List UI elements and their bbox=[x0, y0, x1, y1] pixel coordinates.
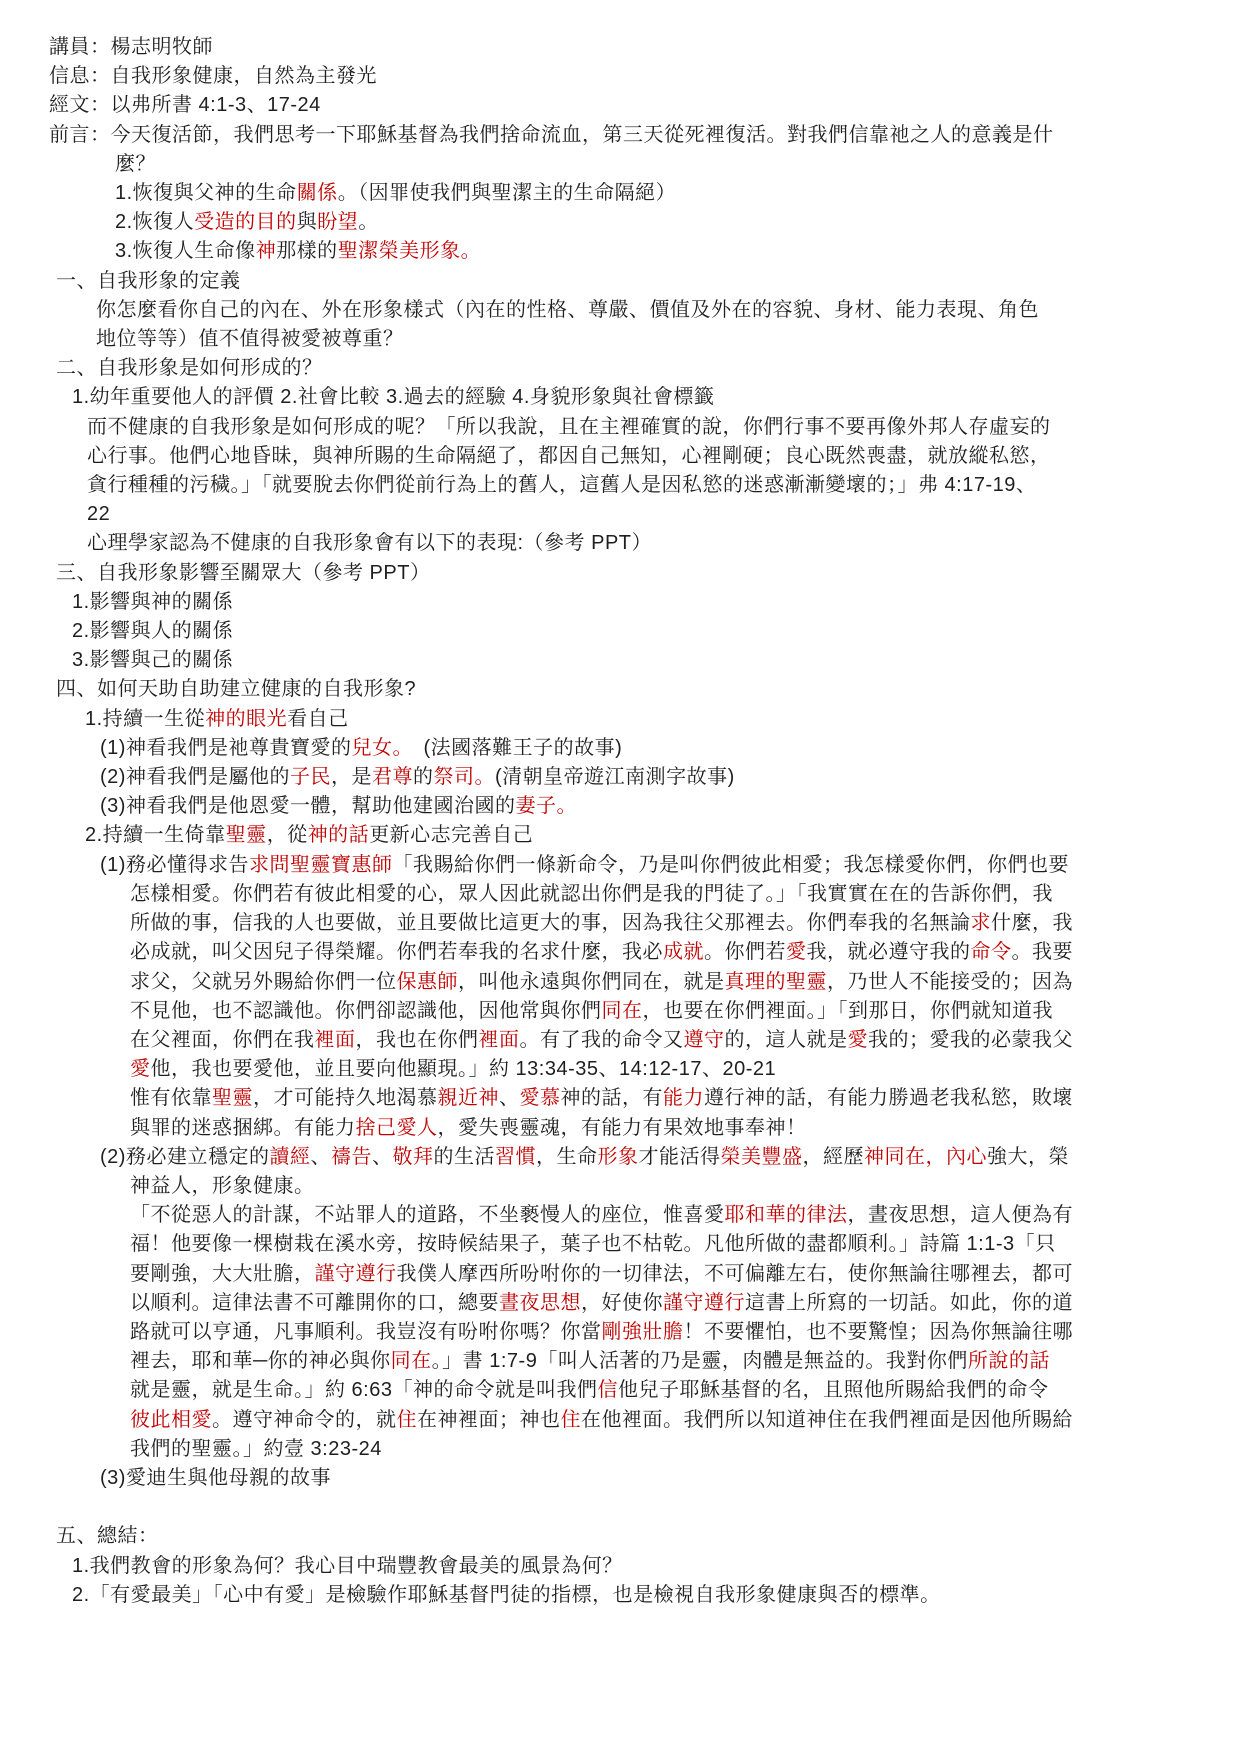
text-run: 他兒子耶穌基督的名，且照他所賜給我們的命令 bbox=[618, 1379, 1049, 1401]
text-line: 講員：楊志明牧師 bbox=[0, 33, 1241, 62]
text-run: 我，就必遵守我的 bbox=[807, 941, 971, 963]
text-line: 以順利。這律法書不可離開你的口，總要晝夜思想，好使你謹守遵行這書上所寫的一切話。… bbox=[0, 1289, 1241, 1318]
text-line: 心行事。他們心地昏昧，與神所賜的生命隔絕了，都因自己無知，心裡剛硬；良心既然喪盡… bbox=[0, 442, 1241, 471]
text-run: 3.恢復人生命像 bbox=[115, 240, 256, 262]
text-run: 我們的聖靈。」約壹 3:23-24 bbox=[130, 1438, 382, 1460]
text-run: 求父，父就另外賜給你們一位 bbox=[130, 971, 397, 993]
text-run: 1.我們教會的形象為何？我心目中瑞豐教會最美的風景為何？ bbox=[72, 1555, 623, 1577]
document-page: { "page": { "background": "#ffffff", "te… bbox=[0, 0, 1241, 1755]
text-run: ，也要在你們裡面。」「到那日，你們就知道我 bbox=[643, 1000, 1054, 1022]
text-run: 貪行種種的污穢。」「就要脫去你們從前行為上的舊人，這舊人是因私慾的迷惑漸漸變壞的… bbox=[87, 474, 1036, 496]
text-run: 五、總結： bbox=[56, 1525, 159, 1547]
text-line: 必成就，叫父因兒子得榮耀。你們若奉我的名求什麼，我必成就。你們若愛我，就必遵守我… bbox=[0, 938, 1241, 967]
text-line: 二、自我形象是如何形成的？ bbox=[0, 354, 1241, 383]
emphasis-text-run: 保惠師 bbox=[397, 971, 459, 993]
emphasis-text-run: 聖靈 bbox=[212, 1087, 253, 1109]
text-run: 地位等等）值不值得被愛被尊重？ bbox=[96, 328, 404, 350]
text-line: 福！他要像一棵樹栽在溪水旁，按時候結果子，葉子也不枯乾。凡他所做的盡都順利。」詩… bbox=[0, 1230, 1241, 1259]
text-run: (3)愛迪生與他母親的故事 bbox=[100, 1467, 331, 1489]
text-line: 2.持續一生倚靠聖靈，從神的話更新心志完善自己 bbox=[0, 821, 1241, 850]
emphasis-text-run: 愛 bbox=[848, 1029, 869, 1051]
emphasis-text-run: 信 bbox=[597, 1379, 618, 1401]
text-line: 貪行種種的污穢。」「就要脫去你們從前行為上的舊人，這舊人是因私慾的迷惑漸漸變壞的… bbox=[0, 471, 1241, 500]
text-run: 這書上所寫的一切話。如此，你的道 bbox=[745, 1292, 1073, 1314]
text-run: 裡去，耶和華─你的神必與你 bbox=[130, 1350, 391, 1372]
text-run: 。我要 bbox=[1012, 941, 1074, 963]
blank-line bbox=[0, 1493, 1241, 1522]
text-line: 彼此相愛。遵守神命令的，就住在神裡面；神也住在他裡面。我們所以知道神住在我們裡面… bbox=[0, 1406, 1241, 1435]
emphasis-text-run: 成就 bbox=[663, 941, 704, 963]
text-line: (3)神看我們是他恩愛一體，幫助他建國治國的妻子。 bbox=[0, 792, 1241, 821]
text-run: 的 bbox=[413, 766, 434, 788]
emphasis-text-run: 聖潔榮美形象。 bbox=[338, 240, 482, 262]
text-line: 1.影響與神的關係 bbox=[0, 588, 1241, 617]
text-line: 裡去，耶和華─你的神必與你同在。」書 1:7-9「叫人活著的乃是靈，肉體是無益的… bbox=[0, 1347, 1241, 1376]
emphasis-text-run: 住 bbox=[397, 1409, 418, 1431]
emphasis-text-run: 真理的聖靈 bbox=[725, 971, 828, 993]
emphasis-text-run: 求問聖靈寶惠師 bbox=[249, 854, 393, 876]
text-run: 我僕人摩西所吩咐你的一切律法，不可偏離左右，使你無論往哪裡去，都可 bbox=[397, 1263, 1074, 1285]
text-run: 心行事。他們心地昏昧，與神所賜的生命隔絕了，都因自己無知，心裡剛硬；良心既然喪盡… bbox=[87, 445, 1051, 467]
text-run: 與罪的迷惑捆綁。有能力 bbox=[130, 1117, 356, 1139]
text-run: 福！他要像一棵樹栽在溪水旁，按時候結果子，葉子也不枯乾。凡他所做的盡都順利。」詩… bbox=[130, 1233, 1056, 1255]
text-run: ，乃世人不能接受的；因為 bbox=[827, 971, 1073, 993]
emphasis-text-run: 敬拜 bbox=[392, 1146, 433, 1168]
text-line: 22 bbox=[0, 500, 1241, 529]
text-line: 三、自我形象影響至關眾大（參考 PPT） bbox=[0, 559, 1241, 588]
text-run: 那樣的 bbox=[276, 240, 338, 262]
text-run: 2.「有愛最美」「心中有愛」是檢驗作耶穌基督門徒的指標，也是檢視自我形象健康與否… bbox=[72, 1584, 941, 1606]
emphasis-text-run: 裡面 bbox=[479, 1029, 520, 1051]
text-run: 3.影響與己的關係 bbox=[72, 649, 233, 671]
text-line: 在父裡面，你們在我裡面，我也在你們裡面。有了我的命令又遵守的，這人就是愛我的；愛… bbox=[0, 1026, 1241, 1055]
text-run: 「我賜給你們一條新命令，乃是叫你們彼此相愛；我怎樣愛你們，你們也要 bbox=[392, 854, 1069, 876]
emphasis-text-run: 習慣 bbox=[495, 1146, 536, 1168]
text-run: 2.恢復人 bbox=[115, 211, 194, 233]
text-line: 你怎麼看你自己的內在、外在形象樣式（內在的性格、尊嚴、價值及外在的容貌、身材、能… bbox=[0, 296, 1241, 325]
emphasis-text-run: 愛 bbox=[130, 1058, 151, 1080]
text-run: 必成就，叫父因兒子得榮耀。你們若奉我的名求什麼，我必 bbox=[130, 941, 663, 963]
text-run: 1.幼年重要他人的評價 2.社會比較 3.過去的經驗 4.身貌形象與社會標籤 bbox=[72, 386, 714, 408]
text-line: 地位等等）值不值得被愛被尊重？ bbox=[0, 325, 1241, 354]
text-line: 3.恢復人生命像神那樣的聖潔榮美形象。 bbox=[0, 237, 1241, 266]
text-run: 心理學家認為不健康的自我形象會有以下的表現:（參考 PPT） bbox=[87, 532, 652, 554]
text-run: 與 bbox=[297, 211, 318, 233]
emphasis-text-run: 關係 bbox=[297, 182, 338, 204]
text-run: 你怎麼看你自己的內在、外在形象樣式（內在的性格、尊嚴、價值及外在的容貌、身材、能… bbox=[96, 299, 1039, 321]
text-run: 他，我也要愛他，並且要向他顯現。」約 13:34-35、14:12-17、20-… bbox=[151, 1058, 777, 1080]
text-line: 求父，父就另外賜給你們一位保惠師，叫他永遠與你們同在，就是真理的聖靈，乃世人不能… bbox=[0, 968, 1241, 997]
text-run: (2)務必建立穩定的 bbox=[100, 1146, 269, 1168]
text-run: 1.持續一生從 bbox=[85, 708, 205, 730]
text-run: 更新心志完善自己 bbox=[369, 824, 533, 846]
emphasis-text-run: 子民 bbox=[290, 766, 331, 788]
text-run: 什麼，我 bbox=[991, 912, 1073, 934]
emphasis-text-run: 榮美豐盛 bbox=[720, 1146, 802, 1168]
text-run: (清朝皇帝遊江南測字故事) bbox=[495, 766, 735, 788]
text-run: 前言：今天復活節，我們思考一下耶穌基督為我們捨命流血，第三天從死裡復活。對我們信… bbox=[49, 124, 1054, 146]
text-run: 。」書 1:7-9「叫人活著的乃是靈，肉體是無益的。我對你們 bbox=[432, 1350, 968, 1372]
emphasis-text-run: 形象 bbox=[597, 1146, 638, 1168]
text-run: 。 bbox=[358, 211, 379, 233]
text-line: 不見他，也不認識他。你們卻認識他，因他常與你們同在，也要在你們裡面。」「到那日，… bbox=[0, 997, 1241, 1026]
text-run: ，生命 bbox=[536, 1146, 598, 1168]
emphasis-text-run: 愛 bbox=[786, 941, 807, 963]
text-run: 路就可以亨通，凡事順利。我豈沒有吩咐你嗎？你當 bbox=[130, 1321, 602, 1343]
emphasis-text-run: 同在 bbox=[602, 1000, 643, 1022]
text-run: 就是靈，就是生命。」約 6:63「神的命令就是叫我們 bbox=[130, 1379, 597, 1401]
text-run: 。有了我的命令又 bbox=[520, 1029, 684, 1051]
text-run: 二、自我形象是如何形成的？ bbox=[56, 357, 323, 379]
text-line: 所做的事，信我的人也要做，並且要做比這更大的事，因為我往父那裡去。你們奉我的名無… bbox=[0, 909, 1241, 938]
text-run: 看自己 bbox=[287, 708, 349, 730]
text-line: 與罪的迷惑捆綁。有能力捨己愛人，愛失喪靈魂，有能力有果效地事奉神！ bbox=[0, 1114, 1241, 1143]
text-run: 2.持續一生倚靠 bbox=[85, 824, 226, 846]
text-run: 。你們若 bbox=[704, 941, 786, 963]
text-run: ，叫他永遠與你們同在，就是 bbox=[458, 971, 725, 993]
text-line: 我們的聖靈。」約壹 3:23-24 bbox=[0, 1435, 1241, 1464]
text-run: ！不要懼怕，也不要驚惶；因為你無論往哪 bbox=[684, 1321, 1074, 1343]
emphasis-text-run: 禱告 bbox=[331, 1146, 372, 1168]
text-run: 而不健康的自我形象是如何形成的呢？「所以我說，且在主裡確實的說，你們行事不要再像… bbox=[87, 416, 1051, 438]
text-run: (1)神看我們是祂尊貴寶愛的 bbox=[100, 737, 351, 759]
text-line: 2.「有愛最美」「心中有愛」是檢驗作耶穌基督門徒的指標，也是檢視自我形象健康與否… bbox=[0, 1581, 1241, 1610]
text-run: 2.影響與人的關係 bbox=[72, 620, 233, 642]
text-line: 路就可以亨通，凡事順利。我豈沒有吩咐你嗎？你當剛強壯膽！不要懼怕，也不要驚惶；因… bbox=[0, 1318, 1241, 1347]
emphasis-text-run: 裡面 bbox=[315, 1029, 356, 1051]
text-run: 神益人，形象健康。 bbox=[130, 1175, 315, 1197]
text-line: 1.我們教會的形象為何？我心目中瑞豐教會最美的風景為何？ bbox=[0, 1552, 1241, 1581]
text-line: (3)愛迪生與他母親的故事 bbox=[0, 1464, 1241, 1493]
text-line: 2.影響與人的關係 bbox=[0, 617, 1241, 646]
emphasis-text-run: 剛強壯膽 bbox=[602, 1321, 684, 1343]
text-line: 前言：今天復活節，我們思考一下耶穌基督為我們捨命流血，第三天從死裡復活。對我們信… bbox=[0, 121, 1241, 150]
text-run: 經文：以弗所書 4:1-3、17-24 bbox=[49, 94, 321, 116]
emphasis-text-run: 祭司。 bbox=[433, 766, 495, 788]
text-line: 惟有依靠聖靈，才可能持久地渴慕親近神、愛慕神的話，有能力遵行神的話，有能力勝過老… bbox=[0, 1084, 1241, 1113]
emphasis-text-run: 捨己愛人 bbox=[356, 1117, 438, 1139]
text-run: 一、自我形象的定義 bbox=[56, 270, 241, 292]
text-line: 心理學家認為不健康的自我形象會有以下的表現:（參考 PPT） bbox=[0, 529, 1241, 558]
text-run: 、 bbox=[372, 1146, 393, 1168]
text-line: 五、總結： bbox=[0, 1522, 1241, 1551]
emphasis-text-run: 愛慕 bbox=[520, 1087, 561, 1109]
emphasis-text-run: 住 bbox=[561, 1409, 582, 1431]
text-line: 愛他，我也要愛他，並且要向他顯現。」約 13:34-35、14:12-17、20… bbox=[0, 1055, 1241, 1084]
text-run: 所做的事，信我的人也要做，並且要做比這更大的事，因為我往父那裡去。你們奉我的名無… bbox=[130, 912, 971, 934]
text-run: 神的話，有 bbox=[561, 1087, 664, 1109]
emphasis-text-run: 聖靈 bbox=[226, 824, 267, 846]
text-line: 就是靈，就是生命。」約 6:63「神的命令就是叫我們信他兒子耶穌基督的名，且照他… bbox=[0, 1376, 1241, 1405]
text-line: 3.影響與己的關係 bbox=[0, 646, 1241, 675]
text-run: 的，這人就是 bbox=[725, 1029, 848, 1051]
text-run: ，好使你 bbox=[581, 1292, 663, 1314]
text-line: (1)務必懂得求告求問聖靈寶惠師「我賜給你們一條新命令，乃是叫你們彼此相愛；我怎… bbox=[0, 851, 1241, 880]
text-run: 才能活得 bbox=[638, 1146, 720, 1168]
text-line: 1.幼年重要他人的評價 2.社會比較 3.過去的經驗 4.身貌形象與社會標籤 bbox=[0, 383, 1241, 412]
emphasis-text-run: 神的眼光 bbox=[205, 708, 287, 730]
text-line: 怎樣相愛。你們若有彼此相愛的心，眾人因此就認出你們是我的門徒了。」「我實實在在的… bbox=[0, 880, 1241, 909]
text-run: 要剛強，大大壯膽， bbox=[130, 1263, 315, 1285]
text-run: 講員：楊志明牧師 bbox=[49, 36, 213, 58]
document-body: 講員：楊志明牧師信息：自我形象健康，自然為主發光經文：以弗所書 4:1-3、17… bbox=[0, 0, 1241, 1610]
emphasis-text-run: 同在 bbox=[391, 1350, 432, 1372]
emphasis-text-run: 讀經 bbox=[269, 1146, 310, 1168]
text-run: 四、如何天助自助建立健康的自我形象? bbox=[56, 678, 416, 700]
text-run: 「不從惡人的計謀，不站罪人的道路，不坐褻慢人的座位，惟喜愛 bbox=[130, 1204, 725, 1226]
text-run: 麼？ bbox=[115, 153, 156, 175]
text-run: 1.恢復與父神的生命 bbox=[115, 182, 297, 204]
emphasis-text-run: 神的話 bbox=[308, 824, 370, 846]
text-line: 一、自我形象的定義 bbox=[0, 267, 1241, 296]
text-run: 、 bbox=[499, 1087, 520, 1109]
text-run: 。（因罪使我們與聖潔主的生命隔絕） bbox=[338, 182, 677, 204]
text-run: (法國落難王子的故事) bbox=[403, 737, 622, 759]
text-run: 怎樣相愛。你們若有彼此相愛的心，眾人因此就認出你們是我的門徒了。」「我實實在在的… bbox=[130, 883, 1053, 905]
text-line: 1.持續一生從神的眼光看自己 bbox=[0, 705, 1241, 734]
text-line: 而不健康的自我形象是如何形成的呢？「所以我說，且在主裡確實的說，你們行事不要再像… bbox=[0, 413, 1241, 442]
emphasis-text-run: 所說的話 bbox=[968, 1350, 1050, 1372]
text-run: ，晝夜思想，這人便為有 bbox=[848, 1204, 1074, 1226]
text-line: (2)神看我們是屬他的子民，是君尊的祭司。(清朝皇帝遊江南測字故事) bbox=[0, 763, 1241, 792]
text-line: 2.恢復人受造的目的與盼望。 bbox=[0, 208, 1241, 237]
emphasis-text-run: 能力 bbox=[663, 1087, 704, 1109]
emphasis-text-run: 耶和華的律法 bbox=[725, 1204, 848, 1226]
text-run: ，我也在你們 bbox=[356, 1029, 479, 1051]
text-line: 神益人，形象健康。 bbox=[0, 1172, 1241, 1201]
text-run: 我的；愛我的必蒙我父 bbox=[868, 1029, 1073, 1051]
emphasis-text-run: 神 bbox=[256, 240, 277, 262]
text-line: 四、如何天助自助建立健康的自我形象? bbox=[0, 675, 1241, 704]
text-line: (2)務必建立穩定的讀經、禱告、敬拜的生活習慣，生命形象才能活得榮美豐盛，經歷神… bbox=[0, 1143, 1241, 1172]
emphasis-text-run: 兒女。 bbox=[351, 737, 403, 759]
emphasis-text-run: 命令 bbox=[971, 941, 1012, 963]
text-line: 1.恢復與父神的生命關係。（因罪使我們與聖潔主的生命隔絕） bbox=[0, 179, 1241, 208]
emphasis-text-run: 遵守 bbox=[684, 1029, 725, 1051]
emphasis-text-run: 謹守遵行 bbox=[663, 1292, 745, 1314]
text-run: (3)神看我們是他恩愛一體，幫助他建國治國的 bbox=[100, 795, 515, 817]
text-line: 經文：以弗所書 4:1-3、17-24 bbox=[0, 91, 1241, 120]
emphasis-text-run: 受造的目的 bbox=[194, 211, 297, 233]
text-run: 在父裡面，你們在我 bbox=[130, 1029, 315, 1051]
text-run: 遵行神的話，有能力勝過老我私慾，敗壞 bbox=[704, 1087, 1073, 1109]
text-run: 三、自我形象影響至關眾大（參考 PPT） bbox=[56, 562, 430, 584]
emphasis-text-run: 親近神 bbox=[438, 1087, 500, 1109]
text-run: 在他裡面。我們所以知道神住在我們裡面是因他所賜給 bbox=[581, 1409, 1073, 1431]
text-run: 以順利。這律法書不可離開你的口，總要 bbox=[130, 1292, 499, 1314]
text-run: 。遵守神命令的，就 bbox=[212, 1409, 397, 1431]
text-run: 強大，榮 bbox=[987, 1146, 1069, 1168]
text-run: 在神裡面；神也 bbox=[417, 1409, 561, 1431]
text-run: 的生活 bbox=[433, 1146, 495, 1168]
text-line: 「不從惡人的計謀，不站罪人的道路，不坐褻慢人的座位，惟喜愛耶和華的律法，晝夜思想… bbox=[0, 1201, 1241, 1230]
emphasis-text-run: 謹守遵行 bbox=[315, 1263, 397, 1285]
emphasis-text-run: 彼此相愛 bbox=[130, 1409, 212, 1431]
text-run: 信息：自我形象健康，自然為主發光 bbox=[49, 65, 377, 87]
text-run: 不見他，也不認識他。你們卻認識他，因他常與你們 bbox=[130, 1000, 602, 1022]
emphasis-text-run: 晝夜思想 bbox=[499, 1292, 581, 1314]
text-run: (2)神看我們是屬他的 bbox=[100, 766, 290, 788]
text-line: 信息：自我形象健康，自然為主發光 bbox=[0, 62, 1241, 91]
text-run: 、 bbox=[310, 1146, 331, 1168]
text-run: ，愛失喪靈魂，有能力有果效地事奉神！ bbox=[438, 1117, 807, 1139]
emphasis-text-run: 盼望 bbox=[317, 211, 358, 233]
text-run: ，才可能持久地渴慕 bbox=[253, 1087, 438, 1109]
text-run: ，是 bbox=[331, 766, 372, 788]
text-run: 22 bbox=[87, 503, 110, 525]
emphasis-text-run: 君尊 bbox=[372, 766, 413, 788]
text-run: 1.影響與神的關係 bbox=[72, 591, 233, 613]
text-line: (1)神看我們是祂尊貴寶愛的兒女。 (法國落難王子的故事) bbox=[0, 734, 1241, 763]
text-run: ，經歷 bbox=[802, 1146, 864, 1168]
text-run: ，從 bbox=[267, 824, 308, 846]
text-line: 要剛強，大大壯膽，謹守遵行我僕人摩西所吩咐你的一切律法，不可偏離左右，使你無論往… bbox=[0, 1260, 1241, 1289]
text-line: 麼？ bbox=[0, 150, 1241, 179]
text-run: 惟有依靠 bbox=[130, 1087, 212, 1109]
emphasis-text-run: 求 bbox=[971, 912, 992, 934]
emphasis-text-run: 神同在，內心 bbox=[864, 1146, 987, 1168]
text-run: (1)務必懂得求告 bbox=[100, 854, 249, 876]
emphasis-text-run: 妻子。 bbox=[515, 795, 577, 817]
